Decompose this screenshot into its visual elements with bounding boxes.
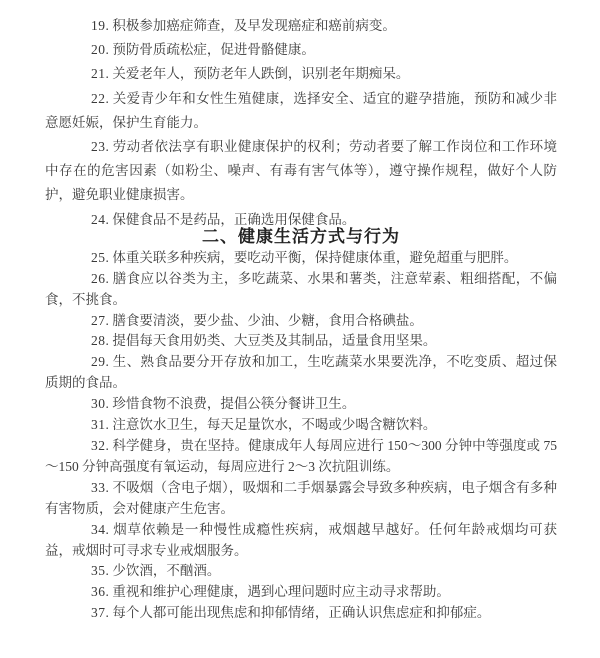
item-number: 26. <box>91 271 109 286</box>
item-number: 21. <box>91 66 109 81</box>
item-number: 31. <box>91 417 109 432</box>
item-text: 积极参加癌症筛查，及早发现癌症和癌前病变。 <box>112 18 396 33</box>
item-text: 少饮酒，不酗酒。 <box>112 563 220 578</box>
item-number: 19. <box>91 18 109 33</box>
list-item-19: 19.积极参加癌症筛查，及早发现癌症和癌前病变。 <box>45 14 557 38</box>
item-text: 注意饮水卫生，每天足量饮水，不喝或少喝含糖饮料。 <box>112 417 436 432</box>
item-number: 25. <box>91 250 109 265</box>
list-item-27: 27.膳食要清淡，要少盐、少油、少糖，食用合格碘盐。 <box>45 311 557 332</box>
list-item-30: 30.珍惜食物不浪费，提倡公筷分餐讲卫生。 <box>45 394 557 415</box>
list-item-20: 20.预防骨质疏松症，促进骨骼健康。 <box>45 38 557 62</box>
item-number: 35. <box>91 563 109 578</box>
item-text: 珍惜食物不浪费，提倡公筷分餐讲卫生。 <box>112 396 355 411</box>
item-text: 关爱青少年和女性生殖健康，选择安全、适宜的避孕措施，预防和减少非意愿妊娠，保护生… <box>45 91 557 130</box>
list-item-35: 35.少饮酒，不酗酒。 <box>45 561 557 582</box>
item-number: 30. <box>91 396 109 411</box>
item-text: 科学健身，贵在坚持。健康成年人每周应进行 150～300 分钟中等强度或 75～… <box>45 438 557 474</box>
list-item-25: 25.体重关联多种疾病，要吃动平衡，保持健康体重，避免超重与肥胖。 <box>45 248 557 269</box>
item-number: 28. <box>91 333 109 348</box>
item-text: 重视和维护心理健康，遇到心理问题时应主动寻求帮助。 <box>112 584 450 599</box>
item-number: 24. <box>91 212 109 227</box>
item-number: 27. <box>91 313 109 328</box>
list-item-34: 34.烟草依赖是一种慢性成瘾性疾病，戒烟越早越好。任何年龄戒烟均可获益，戒烟时可… <box>45 520 557 562</box>
item-text: 生、熟食品要分开存放和加工，生吃蔬菜水果要洗净，不吃变质、超过保质期的食品。 <box>45 354 557 390</box>
item-number: 36. <box>91 584 109 599</box>
section-1-items: 19.积极参加癌症筛查，及早发现癌症和癌前病变。 20.预防骨质疏松症，促进骨骼… <box>45 14 557 232</box>
list-item-32: 32.科学健身，贵在坚持。健康成年人每周应进行 150～300 分钟中等强度或 … <box>45 436 557 478</box>
item-number: 33. <box>91 480 109 495</box>
document-page: 19.积极参加癌症筛查，及早发现癌症和癌前病变。 20.预防骨质疏松症，促进骨骼… <box>0 0 600 658</box>
item-text: 膳食要清淡，要少盐、少油、少糖，食用合格碘盐。 <box>112 313 423 328</box>
item-number: 37. <box>91 605 109 620</box>
item-text: 膳食应以谷类为主，多吃蔬菜、水果和薯类，注意荤素、粗细搭配，不偏食，不挑食。 <box>45 271 557 307</box>
item-number: 29. <box>91 354 109 369</box>
item-text: 不吸烟（含电子烟），吸烟和二手烟暴露会导致多种疾病，电子烟含有多种有害物质，会对… <box>45 480 557 516</box>
list-item-29: 29.生、熟食品要分开存放和加工，生吃蔬菜水果要洗净，不吃变质、超过保质期的食品… <box>45 352 557 394</box>
list-item-28: 28.提倡每天食用奶类、大豆类及其制品，适量食用坚果。 <box>45 331 557 352</box>
item-text: 提倡每天食用奶类、大豆类及其制品，适量食用坚果。 <box>112 333 436 348</box>
item-text: 每个人都可能出现焦虑和抑郁情绪，正确认识焦虑症和抑郁症。 <box>112 605 490 620</box>
item-number: 34. <box>91 522 109 537</box>
item-text: 预防骨质疏松症，促进骨骼健康。 <box>112 42 315 57</box>
item-number: 22. <box>91 91 109 106</box>
list-item-23: 23.劳动者依法享有职业健康保护的权利；劳动者要了解工作岗位和工作环境中存在的危… <box>45 135 557 208</box>
item-text: 关爱老年人，预防老年人跌倒，识别老年期痴呆。 <box>112 66 409 81</box>
list-item-21: 21.关爱老年人，预防老年人跌倒，识别老年期痴呆。 <box>45 62 557 86</box>
item-text: 体重关联多种疾病，要吃动平衡，保持健康体重，避免超重与肥胖。 <box>112 250 517 265</box>
list-item-37: 37.每个人都可能出现焦虑和抑郁情绪，正确认识焦虑症和抑郁症。 <box>45 603 557 624</box>
section-2-items: 25.体重关联多种疾病，要吃动平衡，保持健康体重，避免超重与肥胖。 26.膳食应… <box>45 248 557 624</box>
item-number: 23. <box>91 139 109 154</box>
list-item-31: 31.注意饮水卫生，每天足量饮水，不喝或少喝含糖饮料。 <box>45 415 557 436</box>
list-item-22: 22.关爱青少年和女性生殖健康，选择安全、适宜的避孕措施，预防和减少非意愿妊娠，… <box>45 87 557 135</box>
list-item-33: 33.不吸烟（含电子烟），吸烟和二手烟暴露会导致多种疾病，电子烟含有多种有害物质… <box>45 478 557 520</box>
list-item-26: 26.膳食应以谷类为主，多吃蔬菜、水果和薯类，注意荤素、粗细搭配，不偏食，不挑食… <box>45 269 557 311</box>
item-number: 32. <box>91 438 109 453</box>
list-item-36: 36.重视和维护心理健康，遇到心理问题时应主动寻求帮助。 <box>45 582 557 603</box>
item-number: 20. <box>91 42 109 57</box>
item-text: 劳动者依法享有职业健康保护的权利；劳动者要了解工作岗位和工作环境中存在的危害因素… <box>45 139 557 202</box>
item-text: 烟草依赖是一种慢性成瘾性疾病，戒烟越早越好。任何年龄戒烟均可获益，戒烟时可寻求专… <box>45 522 557 558</box>
